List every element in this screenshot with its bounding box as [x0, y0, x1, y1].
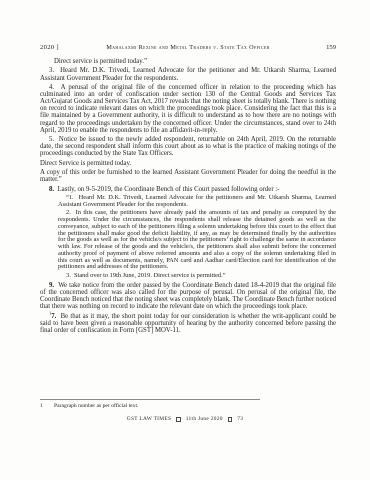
footnote-text: Paragraph number as per official text. [54, 403, 138, 409]
page-footer: GST LAW TIMES 11th June 2020 73 [0, 416, 370, 422]
header-page-number: 159 [302, 44, 336, 51]
paragraph-9: 9. We take notice from the order passed … [40, 282, 336, 311]
page-content: 2020 ] Mahalaxmi Rexine and Metal Trader… [40, 44, 336, 336]
paragraph-number: 5. [49, 136, 54, 143]
footnote: 1 Paragraph number as per official text. [40, 403, 336, 409]
footnote-rule [40, 399, 260, 400]
paragraph-number: 9. [49, 282, 54, 289]
footer-journal-name: GST LAW TIMES [127, 416, 172, 422]
paragraph-3: 3. Heard Mr. D.K. Trivedi, Learned Advoc… [40, 67, 336, 81]
paragraph-number: 3. [49, 67, 54, 74]
paragraph-7: 17. Be that as it may, the short point t… [40, 313, 336, 334]
footer-folio-number: 73 [237, 416, 243, 422]
paragraph-text: In this case, the petitioners have alrea… [58, 209, 336, 270]
paragraph-5: 5. Notice be issued to the newly added r… [40, 136, 336, 157]
paragraph-text: Stand over to 19th June, 2019. Direct se… [74, 272, 226, 279]
quoted-paragraph-2: 2. In this case, the petitioners have al… [58, 210, 336, 271]
paragraph-text: A copy of this order be furnished to the… [40, 169, 336, 183]
paragraph-text: Heard Mr. D.K. Trivedi, Learned Advocate… [40, 67, 336, 81]
paragraph-text: Be that as it may, the short point today… [40, 313, 336, 334]
footnote-number: 1 [40, 403, 54, 409]
paragraph-number: 3. [66, 272, 71, 279]
paragraph-text: Direct service is permitted today.” [54, 58, 147, 65]
paragraph-number: 4. [49, 84, 54, 91]
copy-order-line: A copy of this order be furnished to the… [40, 169, 336, 183]
quoted-paragraph-3: 3. Stand over to 19th June, 2019. Direct… [58, 273, 336, 280]
quoted-paragraph-1: “1. Heard Mr. D.K. Trivedi, Learned Advo… [58, 195, 336, 209]
law-report-page: 2020 ] Mahalaxmi Rexine and Metal Trader… [0, 0, 370, 480]
running-header: 2020 ] Mahalaxmi Rexine and Metal Trader… [40, 44, 336, 51]
paragraph-number: 7. [51, 313, 56, 320]
footnote-area: 1 Paragraph number as per official text. [40, 399, 336, 409]
paragraph-number: 8. [49, 186, 54, 193]
quote-closing-line: Direct service is permitted today.” [40, 58, 336, 65]
paragraph-text: A perusal of the original file of the co… [40, 84, 336, 134]
paragraph-text: Notice be issued to the newly added resp… [40, 136, 336, 157]
paragraph-text: Direct Service is permitted today. [40, 160, 131, 167]
paragraph-text: Lastly, on 9-5-2019, the Coordinate Benc… [58, 186, 280, 193]
paragraph-text: Heard Mr. D.K. Trivedi, Learned Advocate… [58, 194, 336, 208]
direct-service-line: Direct Service is permitted today. [40, 160, 336, 167]
paragraph-8: 8. Lastly, on 9-5-2019, the Coordinate B… [40, 186, 336, 193]
quoted-order-block: “1. Heard Mr. D.K. Trivedi, Learned Advo… [58, 195, 336, 280]
header-case-title: Mahalaxmi Rexine and Metal Traders v. St… [74, 44, 302, 51]
paragraph-text: We take notice from the order passed by … [40, 282, 336, 310]
square-bullet-icon [228, 417, 233, 422]
square-bullet-icon [176, 417, 181, 422]
footer-issue-date: 11th June 2020 [186, 416, 223, 422]
header-year: 2020 ] [40, 44, 74, 51]
paragraph-4: 4. A perusal of the original file of the… [40, 84, 336, 134]
